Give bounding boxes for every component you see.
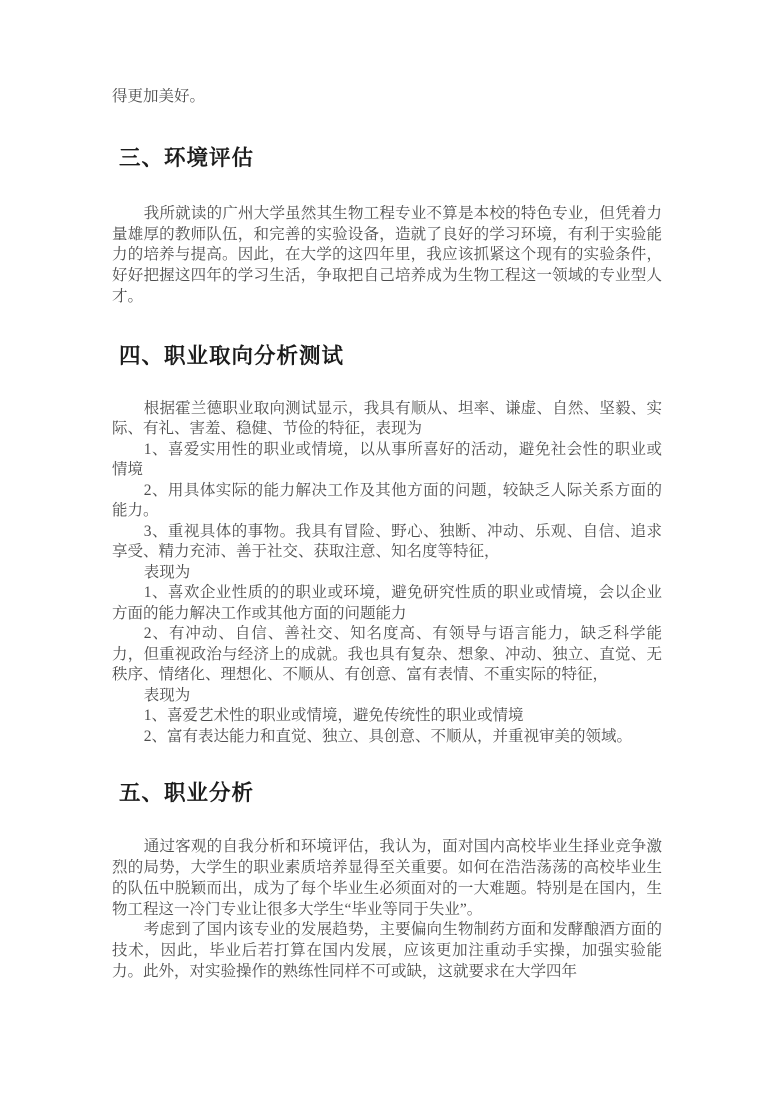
career-test-artistic-item-1: 1、喜爱艺术性的职业或情境，避免传统性的职业或情境: [112, 706, 662, 727]
career-test-item-1: 1、喜爱实用性的职业或情境，以从事所喜好的活动，避免社会性的职业或情境: [112, 440, 662, 481]
career-test-manifest-label-1: 表现为: [112, 563, 662, 584]
career-test-artistic-item-2: 2、富有表达能力和直觉、独立、具创意、不顺从，并重视审美的领域。: [112, 727, 662, 748]
career-analysis-paragraph-2: 考虑到了国内该专业的发展趋势，主要偏向生物制药方面和发酵酿酒方面的技术，因此，毕…: [112, 920, 662, 982]
section-heading-career-orientation-test: 四、职业取向分析测试: [112, 344, 662, 369]
environment-assessment-paragraph: 我所就读的广州大学虽然其生物工程专业不算是本校的特色专业，但凭着力量雄厚的教师队…: [112, 204, 662, 308]
section-heading-environment-assessment: 三、环境评估: [112, 146, 662, 171]
career-test-intro-paragraph: 根据霍兰德职业取向测试显示，我具有顺从、坦率、谦虚、自然、坚毅、实际、有礼、害羞…: [112, 399, 662, 440]
paragraph-continuation-fragment: 得更加美好。: [112, 87, 662, 108]
section-heading-career-analysis: 五、职业分析: [112, 781, 662, 806]
career-test-enterprise-item-2: 2、有冲动、自信、善社交、知名度高、有领导与语言能力，缺乏科学能力，但重视政治与…: [112, 624, 662, 686]
career-test-item-2: 2、用具体实际的能力解决工作及其他方面的问题，较缺乏人际关系方面的能力。: [112, 481, 662, 522]
career-test-enterprise-item-1: 1、喜欢企业性质的的职业或环境，避免研究性质的职业或情境，会以企业方面的能力解决…: [112, 583, 662, 624]
career-test-manifest-label-2: 表现为: [112, 686, 662, 707]
document-page: 得更加美好。 三、环境评估 我所就读的广州大学虽然其生物工程专业不算是本校的特色…: [0, 0, 774, 1095]
career-analysis-paragraph-1: 通过客观的自我分析和环境评估，我认为，面对国内高校毕业生择业竞争激烈的局势，大学…: [112, 837, 662, 920]
career-test-item-3: 3、重视具体的事物。我具有冒险、野心、独断、冲动、乐观、自信、追求享受、精力充沛…: [112, 522, 662, 563]
document-content: 得更加美好。 三、环境评估 我所就读的广州大学虽然其生物工程专业不算是本校的特色…: [112, 0, 662, 983]
